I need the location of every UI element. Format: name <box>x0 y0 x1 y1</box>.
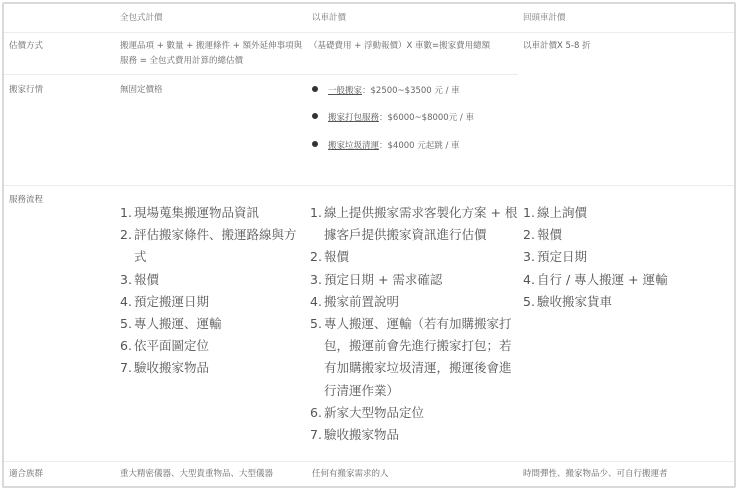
row-label-process: 服務流程 <box>9 192 43 208</box>
step: 2.報價 <box>310 246 517 268</box>
step: 7.驗收搬家物品 <box>310 424 517 446</box>
step: 6.依平面圖定位 <box>120 335 297 357</box>
step-cont: 式 <box>120 246 297 268</box>
step: 5.專人搬運、運輸（若有加購搬家打 <box>310 313 517 335</box>
estimate-full-line1: 搬運品項 + 數量 + 搬運條件 + 額外延伸事項與 <box>120 38 302 54</box>
bullet-icon <box>312 113 318 119</box>
step: 3.預定日期 <box>523 246 668 268</box>
step-cont: 據客戶提供搬家資訊進行估價 <box>310 224 517 246</box>
market-item-garbage: 搬家垃圾清運：$4000 元起跳 / 車 <box>312 139 460 151</box>
market-full: 無固定價格 <box>120 82 163 98</box>
link-packing-service[interactable]: 搬家打包服務 <box>328 113 379 123</box>
row-divider <box>4 74 518 75</box>
step-cont: 有加購搬家垃圾清運，搬運後會進 <box>310 357 517 379</box>
row-divider <box>4 185 734 186</box>
step: 4.自行 / 專人搬運 + 運輸 <box>523 269 668 291</box>
audience-return: 時間彈性、搬家物品少、可自行搬運者 <box>523 466 668 482</box>
row-label-audience: 適合族群 <box>9 466 43 482</box>
link-garbage-removal[interactable]: 搬家垃圾清運 <box>328 141 379 151</box>
step: 2.報價 <box>523 224 668 246</box>
row-divider <box>4 32 734 33</box>
bullet-icon <box>312 141 318 147</box>
link-general-moving[interactable]: 一般搬家 <box>328 86 362 96</box>
estimate-full-line2: 服務 = 全包式費用計算的總估價 <box>120 53 243 69</box>
step-cont: 行清運作業） <box>310 380 517 402</box>
row-divider <box>4 461 734 462</box>
estimate-truck: （基礎費用 + 浮動報價）X 車數=搬家費用總額 <box>309 38 490 54</box>
header-return-truck: 回頭車計價 <box>523 10 566 26</box>
row-label-market: 搬家行情 <box>9 82 43 98</box>
step: 7.驗收搬家物品 <box>120 357 297 379</box>
audience-truck: 任何有搬家需求的人 <box>312 466 389 482</box>
row-label-estimate: 估價方式 <box>9 38 43 54</box>
step: 4.預定搬運日期 <box>120 291 297 313</box>
step: 5.專人搬運、運輸 <box>120 313 297 335</box>
step: 3.預定日期 + 需求確認 <box>310 269 517 291</box>
audience-full: 重大精密儀器、大型貴重物品、大型儀器 <box>120 466 273 482</box>
step: 4.搬家前置說明 <box>310 291 517 313</box>
process-truck-steps: 1.線上提供搬家需求客製化方案 + 根 據客戶提供搬家資訊進行估價 2.報價 3… <box>310 202 517 446</box>
step: 5.驗收搬家貨車 <box>523 291 668 313</box>
process-return-steps: 1.線上詢價 2.報價 3.預定日期 4.自行 / 專人搬運 + 運輸 5.驗收… <box>523 202 668 313</box>
process-full-steps: 1.現場蒐集搬運物品資訊 2.評估搬家條件、搬運路線與方 式 3.報價 4.預定… <box>120 202 297 380</box>
step: 6.新家大型物品定位 <box>310 402 517 424</box>
step: 3.報價 <box>120 269 297 291</box>
step: 1.現場蒐集搬運物品資訊 <box>120 202 297 224</box>
market-item-general: 一般搬家：$2500~$3500 元 / 車 <box>312 84 460 96</box>
header-per-truck: 以車計價 <box>312 10 346 26</box>
step: 1.線上提供搬家需求客製化方案 + 根 <box>310 202 517 224</box>
estimate-return: 以車計價X 5-8 折 <box>523 38 591 54</box>
step: 1.線上詢價 <box>523 202 668 224</box>
market-item-packing: 搬家打包服務：$6000~$8000元 / 車 <box>312 111 474 123</box>
bullet-icon <box>312 86 318 92</box>
step-cont: 包，搬運前會先進行搬家打包；若 <box>310 335 517 357</box>
header-full-package: 全包式計價 <box>120 10 163 26</box>
step: 2.評估搬家條件、搬運路線與方 <box>120 224 297 246</box>
